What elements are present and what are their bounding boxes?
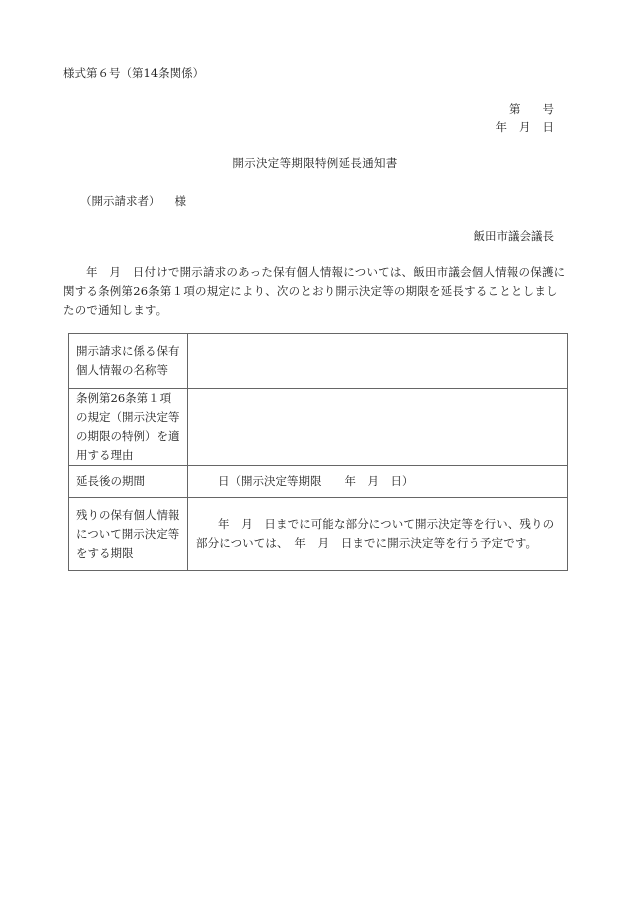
doc-number-prefix: 第 — [509, 101, 521, 117]
table-row: 延長後の期間 日（開示決定等期限 年 月 日） — [69, 466, 568, 498]
info-table: 開示請求に係る保有個人情報の名称等 条例第26条第１項の規定（開示決定等の期限の… — [68, 333, 568, 571]
form-number: 様式第６号（第14条関係） — [63, 65, 204, 81]
document-number: 第号 — [509, 101, 554, 117]
table-row: 開示請求に係る保有個人情報の名称等 — [69, 334, 568, 389]
row-label: 条例第26条第１項の規定（開示決定等の期限の特例）を適用する理由 — [69, 389, 188, 466]
date-day: 日 — [543, 119, 555, 135]
row-label: 開示請求に係る保有個人情報の名称等 — [69, 334, 188, 389]
row-value — [188, 334, 568, 389]
document-date: 年月日 — [496, 119, 555, 135]
recipient-honorific: 様 — [175, 194, 187, 208]
row-value: 日（開示決定等期限 年 月 日） — [188, 466, 568, 498]
body-paragraph: 年 月 日付けで開示請求のあった保有個人情報については、飯田市議会個人情報の保護… — [63, 263, 567, 320]
row-label: 残りの保有個人情報について開示決定等をする期限 — [69, 498, 188, 571]
row-label: 延長後の期間 — [69, 466, 188, 498]
table-row: 残りの保有個人情報について開示決定等をする期限 年 月 日までに可能な部分につい… — [69, 498, 568, 571]
recipient: （開示請求者）様 — [80, 193, 186, 209]
row-value — [188, 389, 568, 466]
date-month: 月 — [519, 119, 531, 135]
date-year: 年 — [496, 119, 508, 135]
sender: 飯田市議会議長 — [474, 228, 555, 244]
doc-number-suffix: 号 — [543, 101, 555, 117]
document-title: 開示決定等期限特例延長通知書 — [0, 155, 630, 171]
recipient-label: （開示請求者） — [80, 194, 161, 208]
table-row: 条例第26条第１項の規定（開示決定等の期限の特例）を適用する理由 — [69, 389, 568, 466]
row-value: 年 月 日までに可能な部分について開示決定等を行い、残りの部分については、 年 … — [188, 498, 568, 571]
